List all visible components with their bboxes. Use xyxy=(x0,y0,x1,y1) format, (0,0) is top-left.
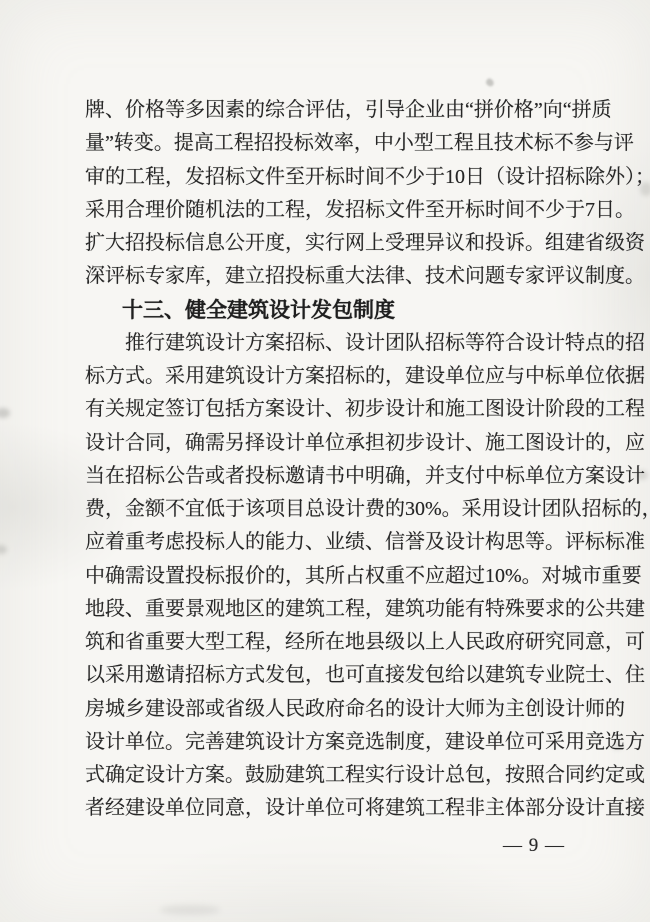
scan-artifact xyxy=(0,408,10,418)
body-line: 量”转变。提高工程招投标效率，中小型工程且技术标不参与评 xyxy=(85,127,581,160)
section-heading: 十三、健全建筑设计发包制度 xyxy=(85,294,581,327)
scanned-document-page: 牌、价格等多因素的综合评估，引导企业由“拼价格”向“拼质 量”转变。提高工程招投… xyxy=(0,0,650,922)
body-line: 设计合同，确需另择设计单位承担初步设计、施工图设计的，应 xyxy=(85,427,581,460)
body-line: 式确定设计方案。鼓励建筑工程实行设计总包，按照合同约定或 xyxy=(85,759,581,792)
body-line: 推行建筑设计方案招标、设计团队招标等符合设计特点的招 xyxy=(85,327,581,360)
body-line: 应着重考虑投标人的能力、业绩、信誉及设计构思等。评标标准 xyxy=(85,526,581,559)
document-text-block: 牌、价格等多因素的综合评估，引导企业由“拼价格”向“拼质 量”转变。提高工程招投… xyxy=(85,94,581,826)
page-number: — 9 — xyxy=(503,835,565,857)
body-line: 审的工程，发招标文件至开标时间不少于10日（设计招标除外）； xyxy=(85,161,581,194)
body-line: 筑和省重要大型工程，经所在地县级以上人民政府研究同意，可 xyxy=(85,626,581,659)
scan-artifact xyxy=(485,77,496,87)
body-line: 以采用邀请招标方式发包，也可直接发包给以建筑专业院士、住 xyxy=(85,659,581,692)
body-line: 深评标专家库，建立招投标重大法律、技术问题专家评议制度。 xyxy=(85,260,581,293)
body-line: 者经建设单位同意，设计单位可将建筑工程非主体部分设计直接 xyxy=(85,792,581,825)
body-line: 房城乡建设部或省级人民政府命名的设计大师为主创设计师的 xyxy=(85,693,581,726)
body-line: 有关规定签订包括方案设计、初步设计和施工图设计阶段的工程 xyxy=(85,393,581,426)
body-line: 当在招标公告或者投标邀请书中明确，并支付中标单位方案设计 xyxy=(85,460,581,493)
body-line: 地段、重要景观地区的建筑工程，建筑功能有特殊要求的公共建 xyxy=(85,593,581,626)
body-line: 中确需设置投标报价的，其所占权重不应超过10%。对城市重要 xyxy=(85,560,581,593)
body-line: 牌、价格等多因素的综合评估，引导企业由“拼价格”向“拼质 xyxy=(85,94,581,127)
body-line: 设计单位。完善建筑设计方案竞选制度，建设单位可采用竞选方 xyxy=(85,726,581,759)
body-line: 标方式。采用建筑设计方案招标的，建设单位应与中标单位依据 xyxy=(85,360,581,393)
body-line: 扩大招投标信息公开度，实行网上受理异议和投诉。组建省级资 xyxy=(85,227,581,260)
scan-artifact xyxy=(0,545,7,554)
body-line: 费，金额不宜低于该项目总设计费的30%。采用设计团队招标的， xyxy=(85,493,581,526)
scan-artifact xyxy=(160,905,220,915)
body-line: 采用合理价随机法的工程，发招标文件至开标时间不少于7日。 xyxy=(85,194,581,227)
